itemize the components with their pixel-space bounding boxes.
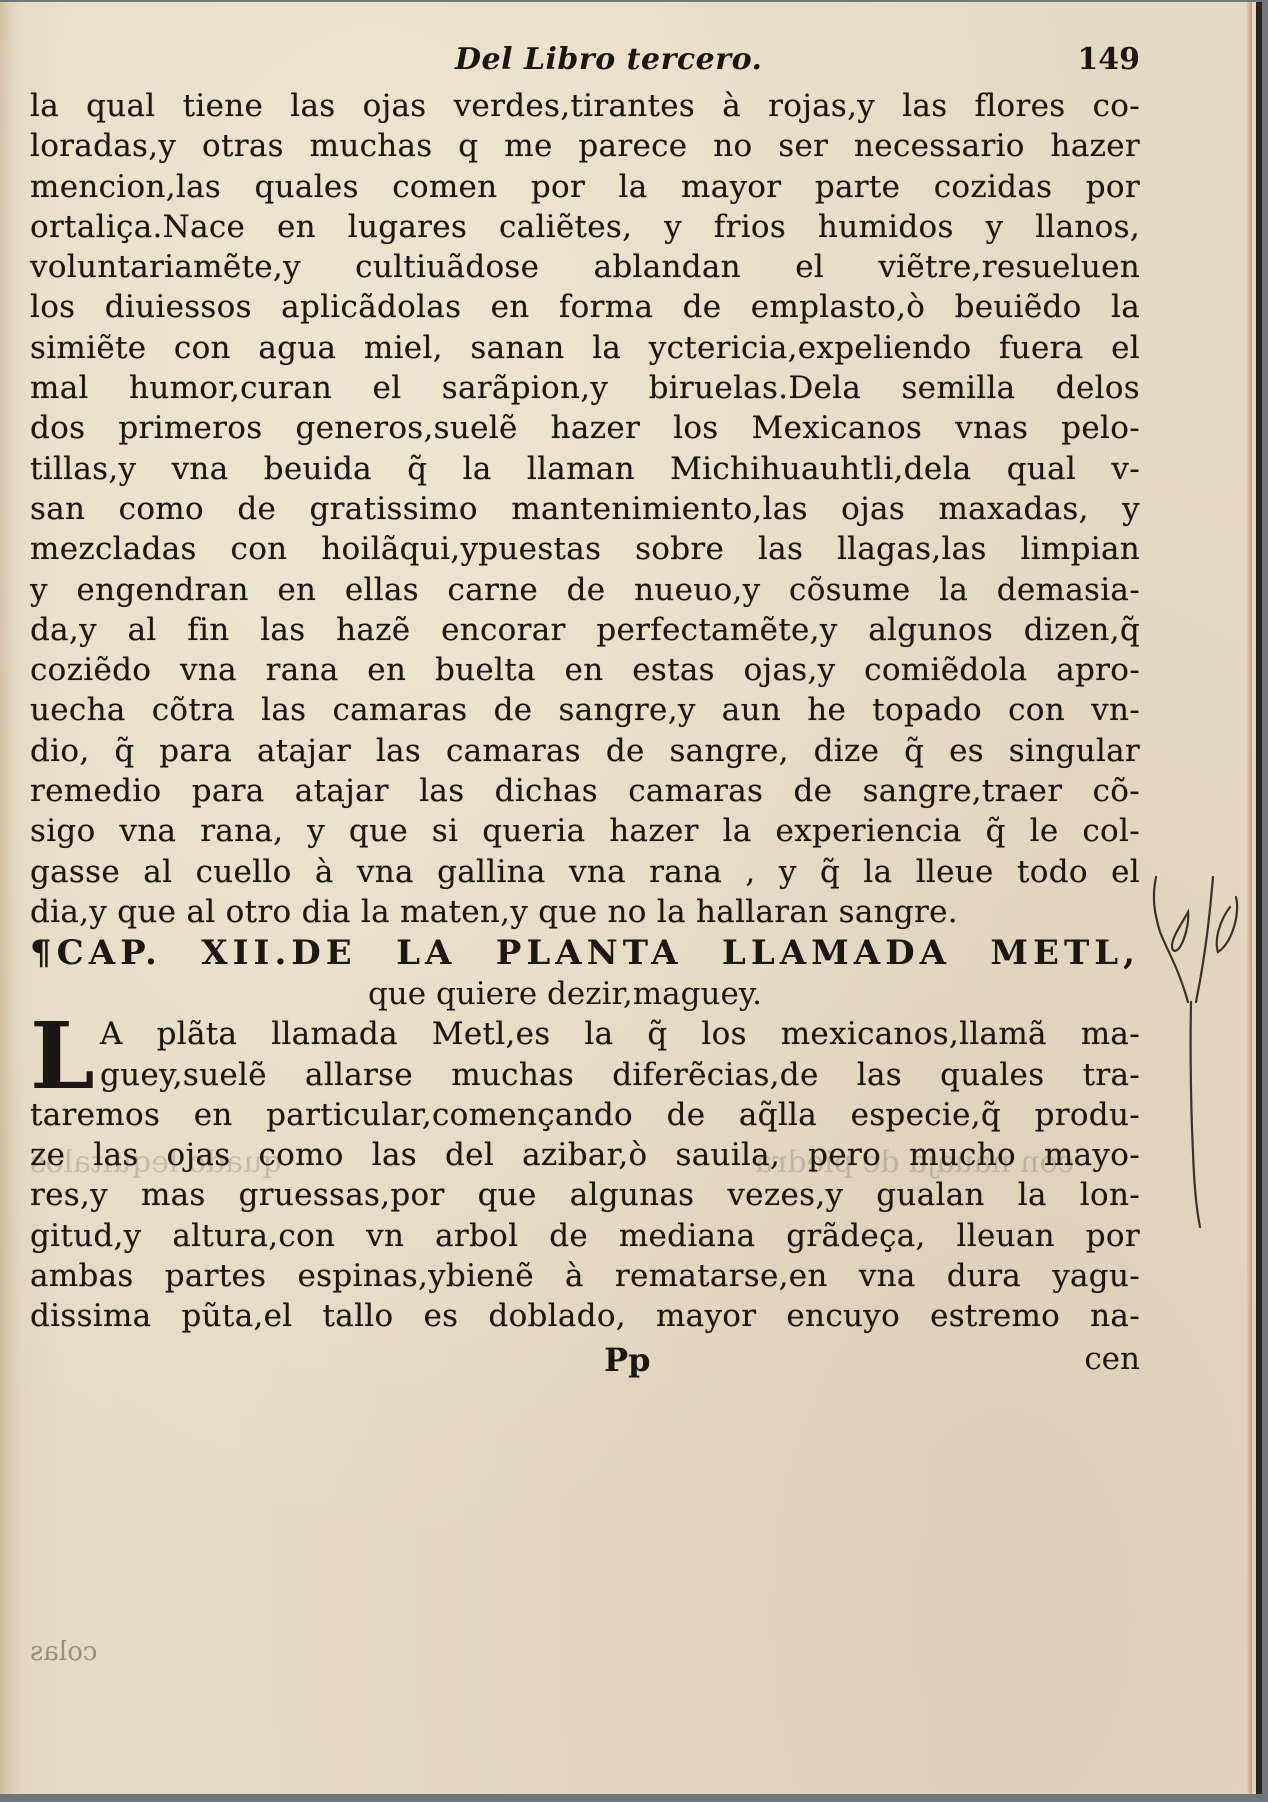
running-title: Del Libro tercero. [455, 42, 763, 77]
text-line: tillas,y vna beuida q̃ la llaman Michihu… [30, 449, 1140, 489]
text-line: sigo vna rana, y que si queria hazer la … [30, 811, 1140, 851]
text-line: dos primeros generos,suelẽ hazer los Mex… [30, 408, 1140, 448]
text-line: gitud,y altura,con vn arbol de mediana g… [30, 1216, 1140, 1256]
text-line: guey,suelẽ allarse muchas diferẽcias,de … [30, 1055, 1140, 1095]
chapter-subtitle: que quiere dezir,maguey. [30, 974, 1140, 1014]
text-line: simiẽte con agua miel, sanan la ycterici… [30, 328, 1140, 368]
chapter-header: ¶CAP. XII.DE LA PLANTA LLAMADA METL, que… [30, 932, 1140, 1014]
running-head: Del Libro tercero. 149 [30, 42, 1140, 86]
text-line: A plãta llamada Metl,es la q̃ los mexica… [30, 1014, 1140, 1054]
text-line: uecha cõtra las camaras de sangre,y aun … [30, 690, 1140, 730]
text-line: mencion,las quales comen por la mayor pa… [30, 167, 1140, 207]
bleed-through-text: con nauaja de piedra [755, 1145, 1074, 1180]
text-line: dio, q̃ para atajar las camaras de sangr… [30, 731, 1140, 771]
text-line: ortaliça.Nace en lugares caliẽtes, y fri… [30, 207, 1140, 247]
chapter-heading: ¶CAP. XII.DE LA PLANTA LLAMADA METL, [30, 932, 1140, 974]
text-line: dissima pũta,el tallo es doblado, mayor … [30, 1296, 1140, 1336]
text-line: voluntariamẽte,y cultiuãdose ablandan el… [30, 247, 1140, 287]
text-line: loradas,y otras muchas q me parece no se… [30, 126, 1140, 166]
page-footer: Pp cen [30, 1341, 1140, 1385]
text-line: gasse al cuello à vna gallina vna rana ,… [30, 852, 1140, 892]
bleed-through-text: quado lequitalos [30, 1145, 282, 1180]
text-line: la qual tiene las ojas verdes,tirantes à… [30, 86, 1140, 126]
text-line: los diuiessos aplicãdolas en forma de em… [30, 287, 1140, 327]
bleed-through-text: colas [30, 1637, 97, 1667]
page-number: 149 [1077, 42, 1140, 77]
drop-cap-initial: L [30, 1016, 95, 1096]
catchword: cen [1084, 1341, 1140, 1377]
text-line: mal humor,curan el sarãpion,y biruelas.D… [30, 368, 1140, 408]
page-content: Del Libro tercero. 149 la qual tiene las… [30, 42, 1140, 1385]
text-line: res,y mas gruessas,por que algunas vezes… [30, 1175, 1140, 1215]
signature-mark: Pp [604, 1341, 650, 1379]
text-line: y engendran en ellas carne de nueuo,y cõ… [30, 570, 1140, 610]
body-text: la qual tiene las ojas verdes,tirantes à… [30, 86, 1140, 932]
text-line: coziẽdo vna rana en buelta en estas ojas… [30, 650, 1140, 690]
text-line: ambas partes espinas,ybienẽ à rematarse,… [30, 1256, 1140, 1296]
text-line: san como de gratissimo mantenimiento,las… [30, 489, 1140, 529]
text-line: dia,y que al otro dia la maten,y que no … [30, 892, 1140, 932]
text-line: mezcladas con hoilãqui,ypuestas sobre la… [30, 529, 1140, 569]
text-line: da,y al fin las hazẽ encorar perfectamẽt… [30, 610, 1140, 650]
marginal-plant-sketch-icon [1138, 852, 1258, 1232]
book-page: Del Libro tercero. 149 la qual tiene las… [0, 2, 1262, 1794]
text-line: remedio para atajar las dichas camaras d… [30, 771, 1140, 811]
text-line: taremos en particular,començando de aq̃l… [30, 1095, 1140, 1135]
